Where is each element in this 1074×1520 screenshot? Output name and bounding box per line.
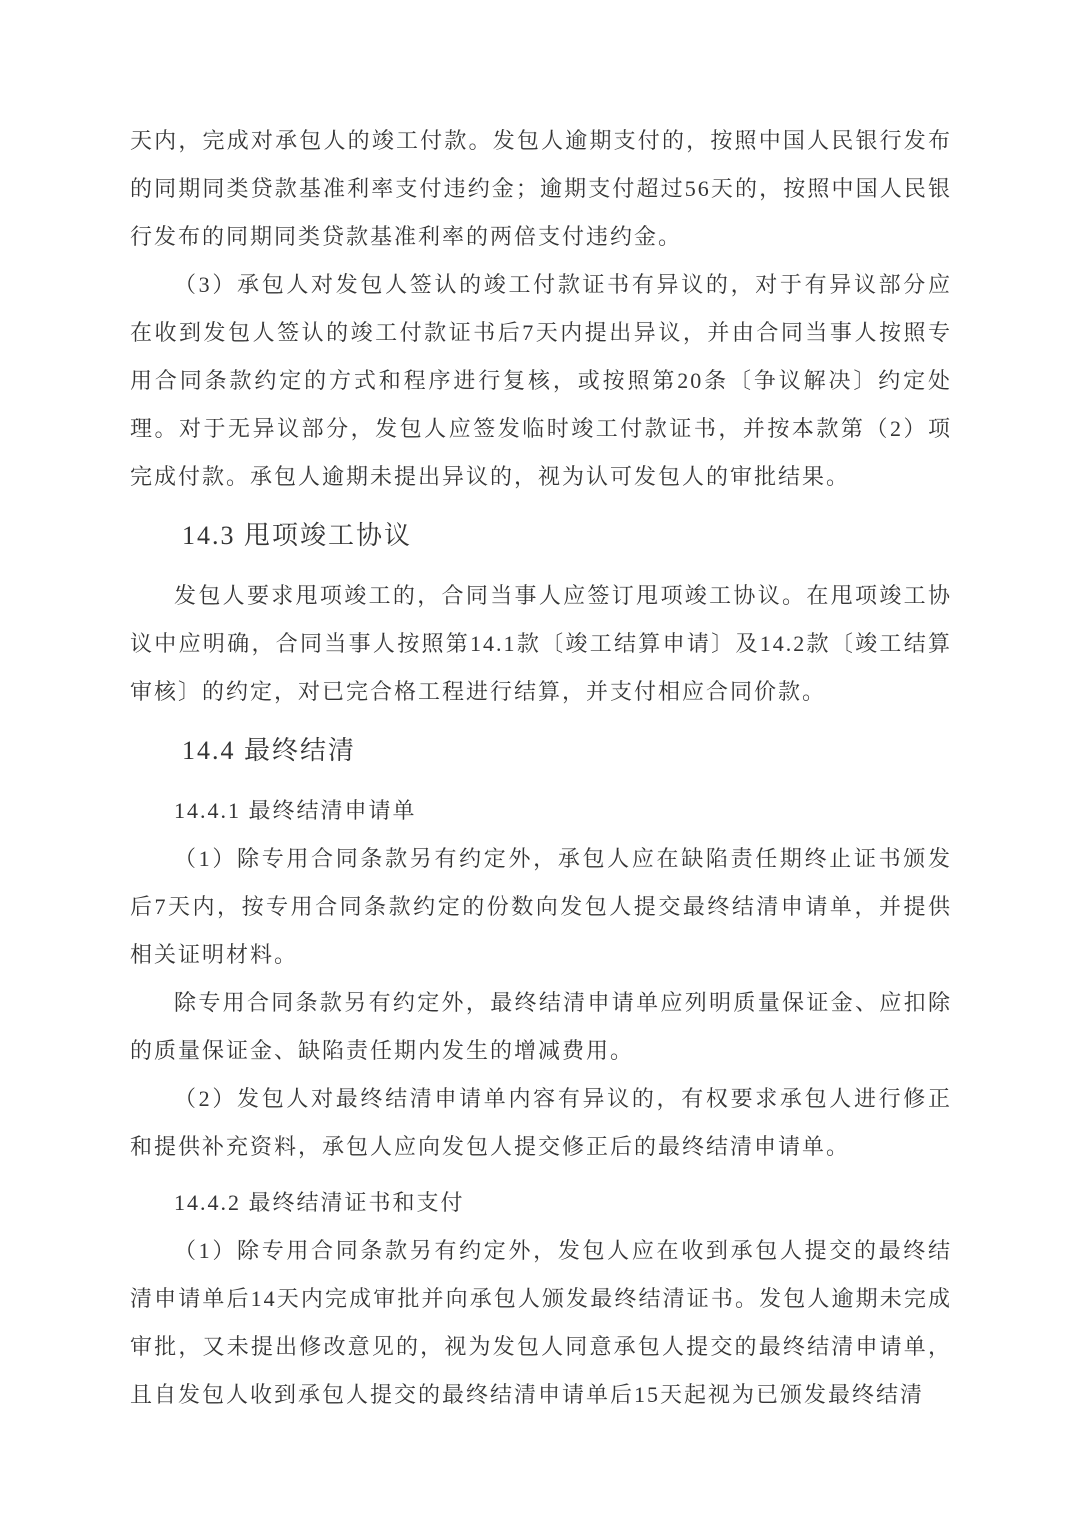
clause-subheading: 14.4.2 最终结清证书和支付 (130, 1179, 952, 1227)
document-body: 天内，完成对承包人的竣工付款。发包人逾期支付的，按照中国人民银行发布的同期同类贷… (0, 0, 1074, 1419)
section-heading: 14.3 甩项竣工协议 (130, 519, 952, 553)
document-page: 天内，完成对承包人的竣工付款。发包人逾期支付的，按照中国人民银行发布的同期同类贷… (0, 0, 1074, 1520)
paragraph: 发包人要求甩项竣工的，合同当事人应签订甩项竣工协议。在甩项竣工协议中应明确，合同… (130, 572, 952, 716)
paragraph: 除专用合同条款另有约定外，最终结清申请单应列明质量保证金、应扣除的质量保证金、缺… (130, 979, 952, 1075)
paragraph: （2）发包人对最终结清申请单内容有异议的，有权要求承包人进行修正和提供补充资料，… (130, 1075, 952, 1171)
paragraph: （3）承包人对发包人签认的竣工付款证书有异议的，对于有异议部分应在收到发包人签认… (130, 261, 952, 501)
section-heading: 14.4 最终结清 (130, 734, 952, 768)
clause-subheading: 14.4.1 最终结清申请单 (130, 787, 952, 835)
paragraph: （1）除专用合同条款另有约定外，发包人应在收到承包人提交的最终结清申请单后14天… (130, 1227, 952, 1419)
paragraph-continuation: 天内，完成对承包人的竣工付款。发包人逾期支付的，按照中国人民银行发布的同期同类贷… (130, 117, 952, 261)
paragraph: （1）除专用合同条款另有约定外，承包人应在缺陷责任期终止证书颁发后7天内，按专用… (130, 835, 952, 979)
